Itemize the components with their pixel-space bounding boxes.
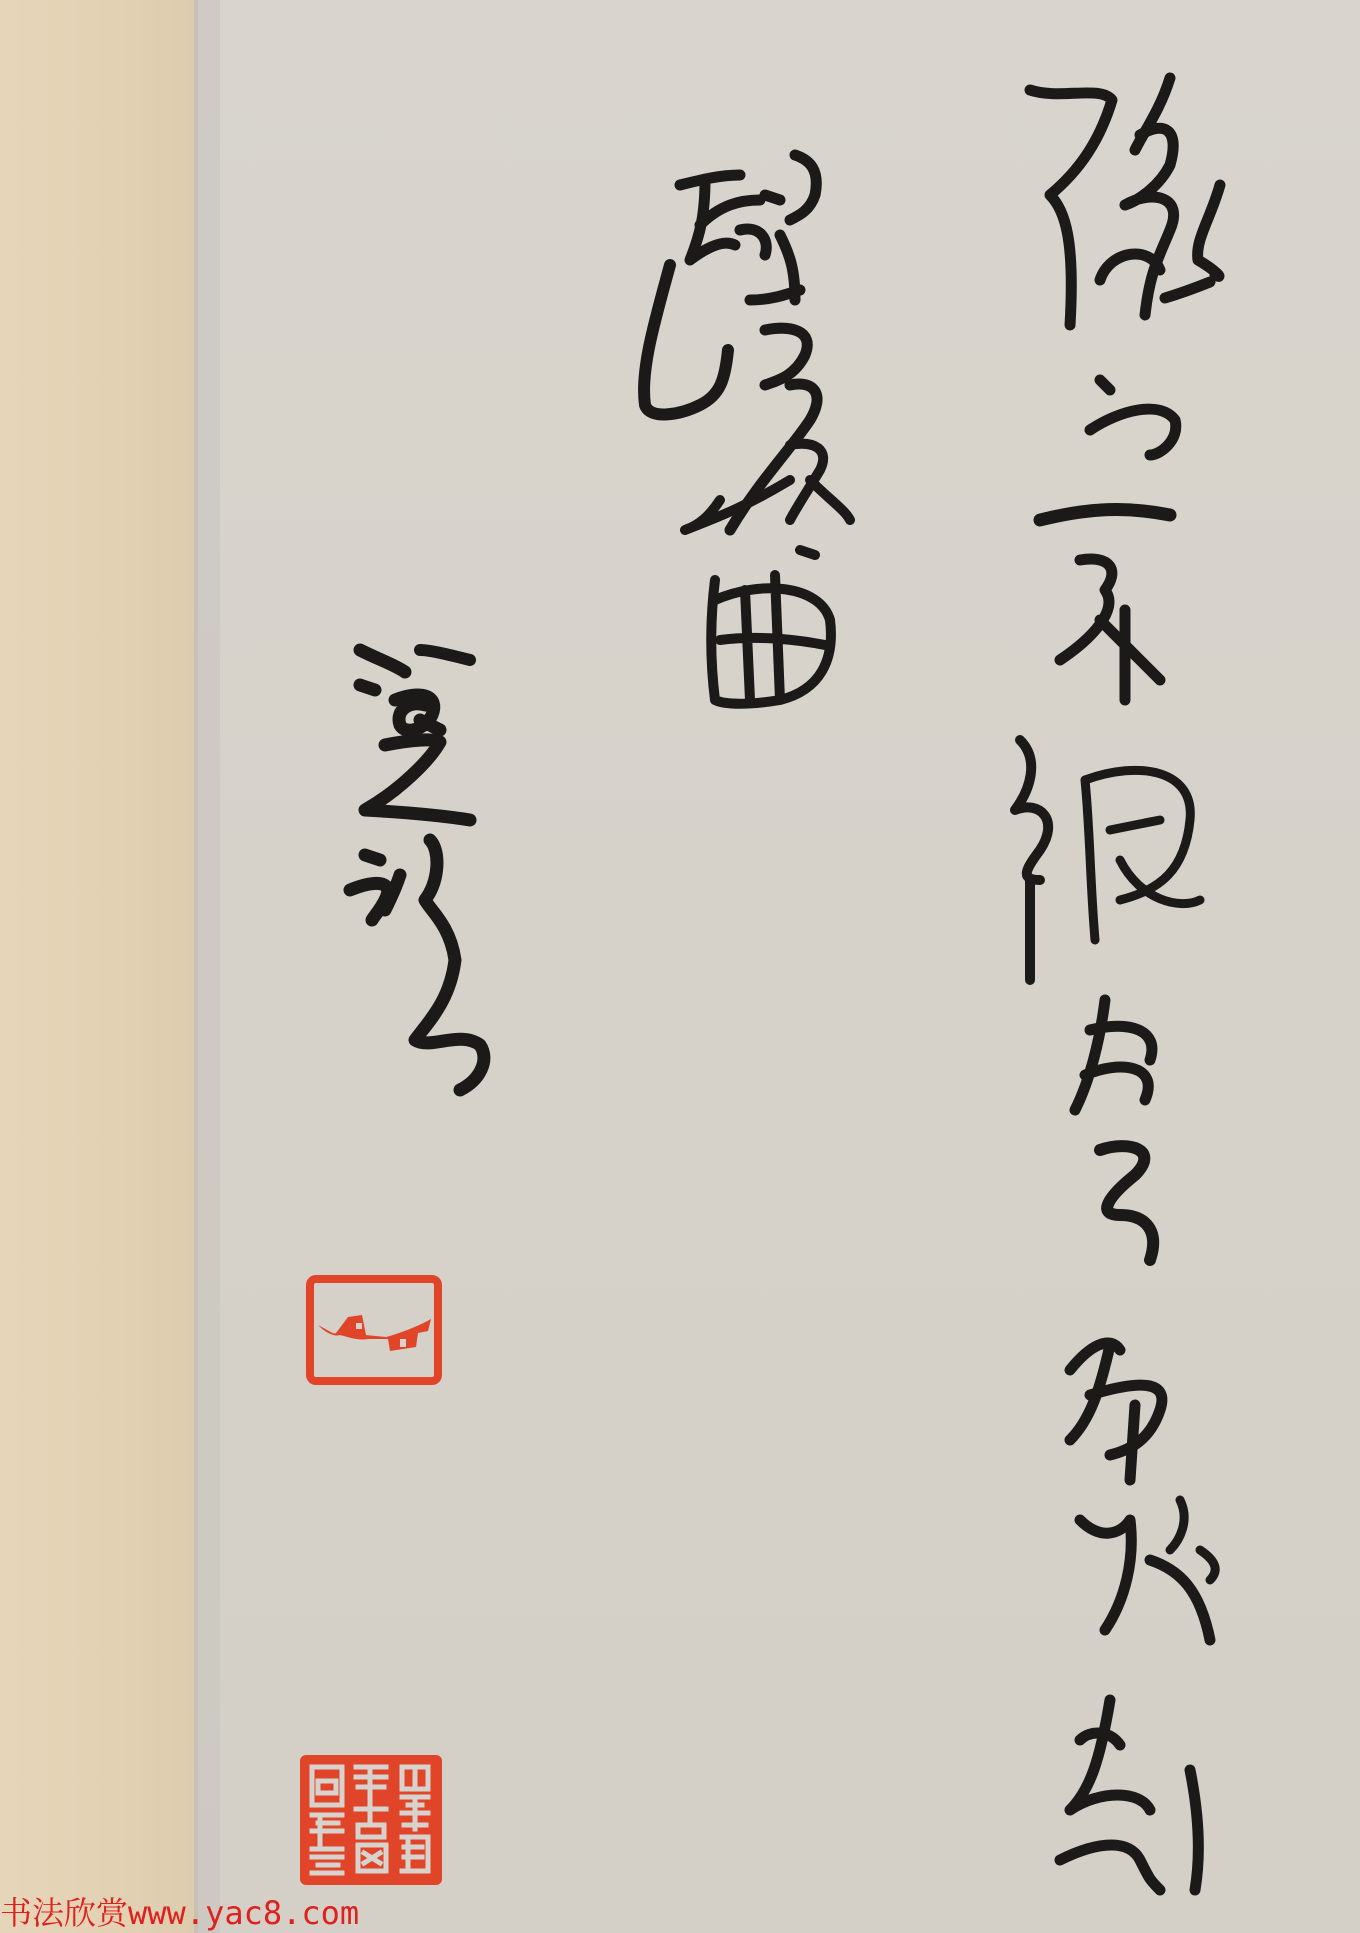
calligraphy-ink [0, 0, 1360, 1933]
signature [350, 650, 484, 1090]
column-1 [1015, 78, 1220, 1890]
site-watermark: 书法欣赏www.yac8.com [0, 1888, 359, 1933]
seal-upper [306, 1275, 444, 1387]
column-2 [644, 155, 850, 704]
seal-lower [298, 1753, 444, 1887]
